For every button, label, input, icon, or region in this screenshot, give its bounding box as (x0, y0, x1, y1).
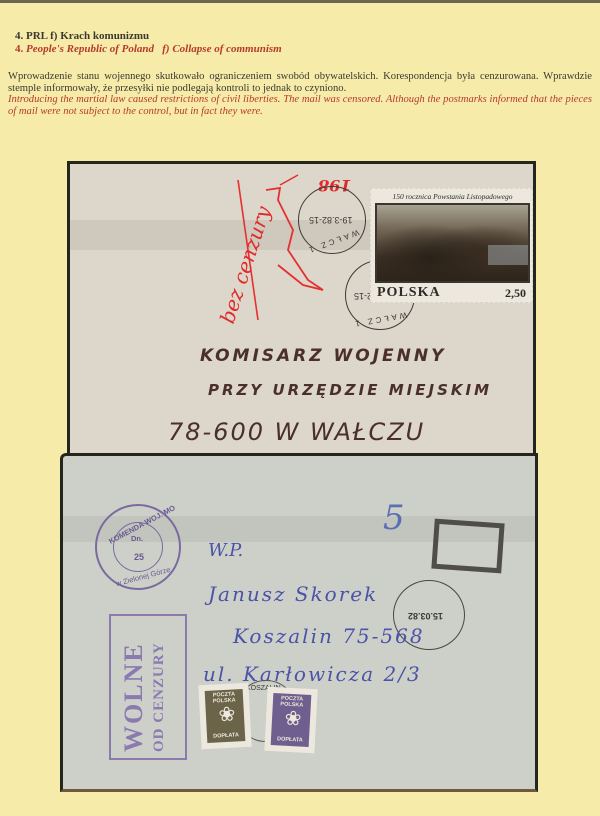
intro-english: Introducing the martial law caused restr… (8, 94, 592, 117)
postmark-date: 15.03.82 (408, 611, 443, 621)
stamp-bottom-label: DOPŁATA (207, 732, 245, 740)
stamp-bottom-label: DOPŁATA (271, 736, 309, 744)
postmark-walcz-1: 19-3.82-15 WAŁCZ 1 (298, 186, 366, 254)
top-border (0, 0, 600, 3)
postage-due-stamp: POCZTA POLSKA❀DOPŁATA (264, 687, 317, 754)
intro-text: Wprowadzenie stanu wojennego skutkowało … (8, 71, 592, 117)
section-title-en: 4. People's Republic of Poland f) Collap… (15, 43, 282, 55)
stamp-country: POLSKA (377, 285, 441, 301)
handwritten-mark-5: 5 (383, 498, 405, 538)
censor-box-line-2: OD CENZURY (151, 642, 168, 752)
section-title-en-text: People's Republic of Poland f) Collapse … (26, 43, 282, 55)
free-from-censorship-stamp: WOLNE OD CENZURY (109, 614, 187, 760)
section-title-pl: 4. PRL f) Krach komunizmu (15, 30, 149, 42)
postmark-town: WAŁCZ 1 (352, 310, 408, 328)
rectangular-stamp (431, 519, 504, 574)
address-line-3: 78-600 W WAŁCZU (168, 418, 425, 446)
postmark-town: WAŁCZ 1 (305, 228, 360, 255)
stamp-center-label: Dn. (131, 534, 143, 543)
eagle-emblem-icon: ❀ (215, 701, 238, 728)
intro-polish: Wprowadzenie stanu wojennego skutkowało … (8, 71, 592, 94)
address-name: Janusz Skorek (208, 582, 378, 606)
postage-stamp-november-uprising: 150 rocznica Powstania Listopadowego POL… (370, 188, 533, 303)
stamp-caption: 150 rocznica Powstania Listopadowego (375, 192, 530, 201)
stamp-painting (375, 203, 530, 283)
address-line-2: PRZY URZĘDZIE MIEJSKIM (208, 381, 492, 399)
address-salutation: W.P. (208, 540, 243, 561)
censor-box-line-1: WOLNE (119, 642, 149, 752)
eagle-emblem-icon: ❀ (281, 706, 304, 733)
envelope-free-from-censorship: KOMENDA WOJ. MO w Zielonej Górze Dn. 25 … (60, 453, 538, 792)
address-line-1: KOMISARZ WOJENNY (200, 346, 446, 366)
postage-due-stamp: POCZTA POLSKA❀DOPŁATA (198, 683, 251, 750)
postmark-date: 19-3.82-15 (309, 215, 353, 225)
stamp-face: POCZTA POLSKA❀DOPŁATA (271, 693, 312, 747)
stamp-face: POCZTA POLSKA❀DOPŁATA (205, 689, 246, 743)
stamp-value: 2,50 (505, 286, 526, 301)
stamp-center-number: 25 (134, 552, 144, 562)
envelope-censored-to-war-commissioner: bez cenzury 198 19-3.82-15 WAŁCZ 1 19-3.… (67, 161, 536, 457)
section-number: 4. (15, 43, 23, 55)
militia-command-stamp: KOMENDA WOJ. MO w Zielonej Górze Dn. 25 (95, 504, 181, 590)
address-city: Koszalin 75-568 (233, 624, 425, 648)
